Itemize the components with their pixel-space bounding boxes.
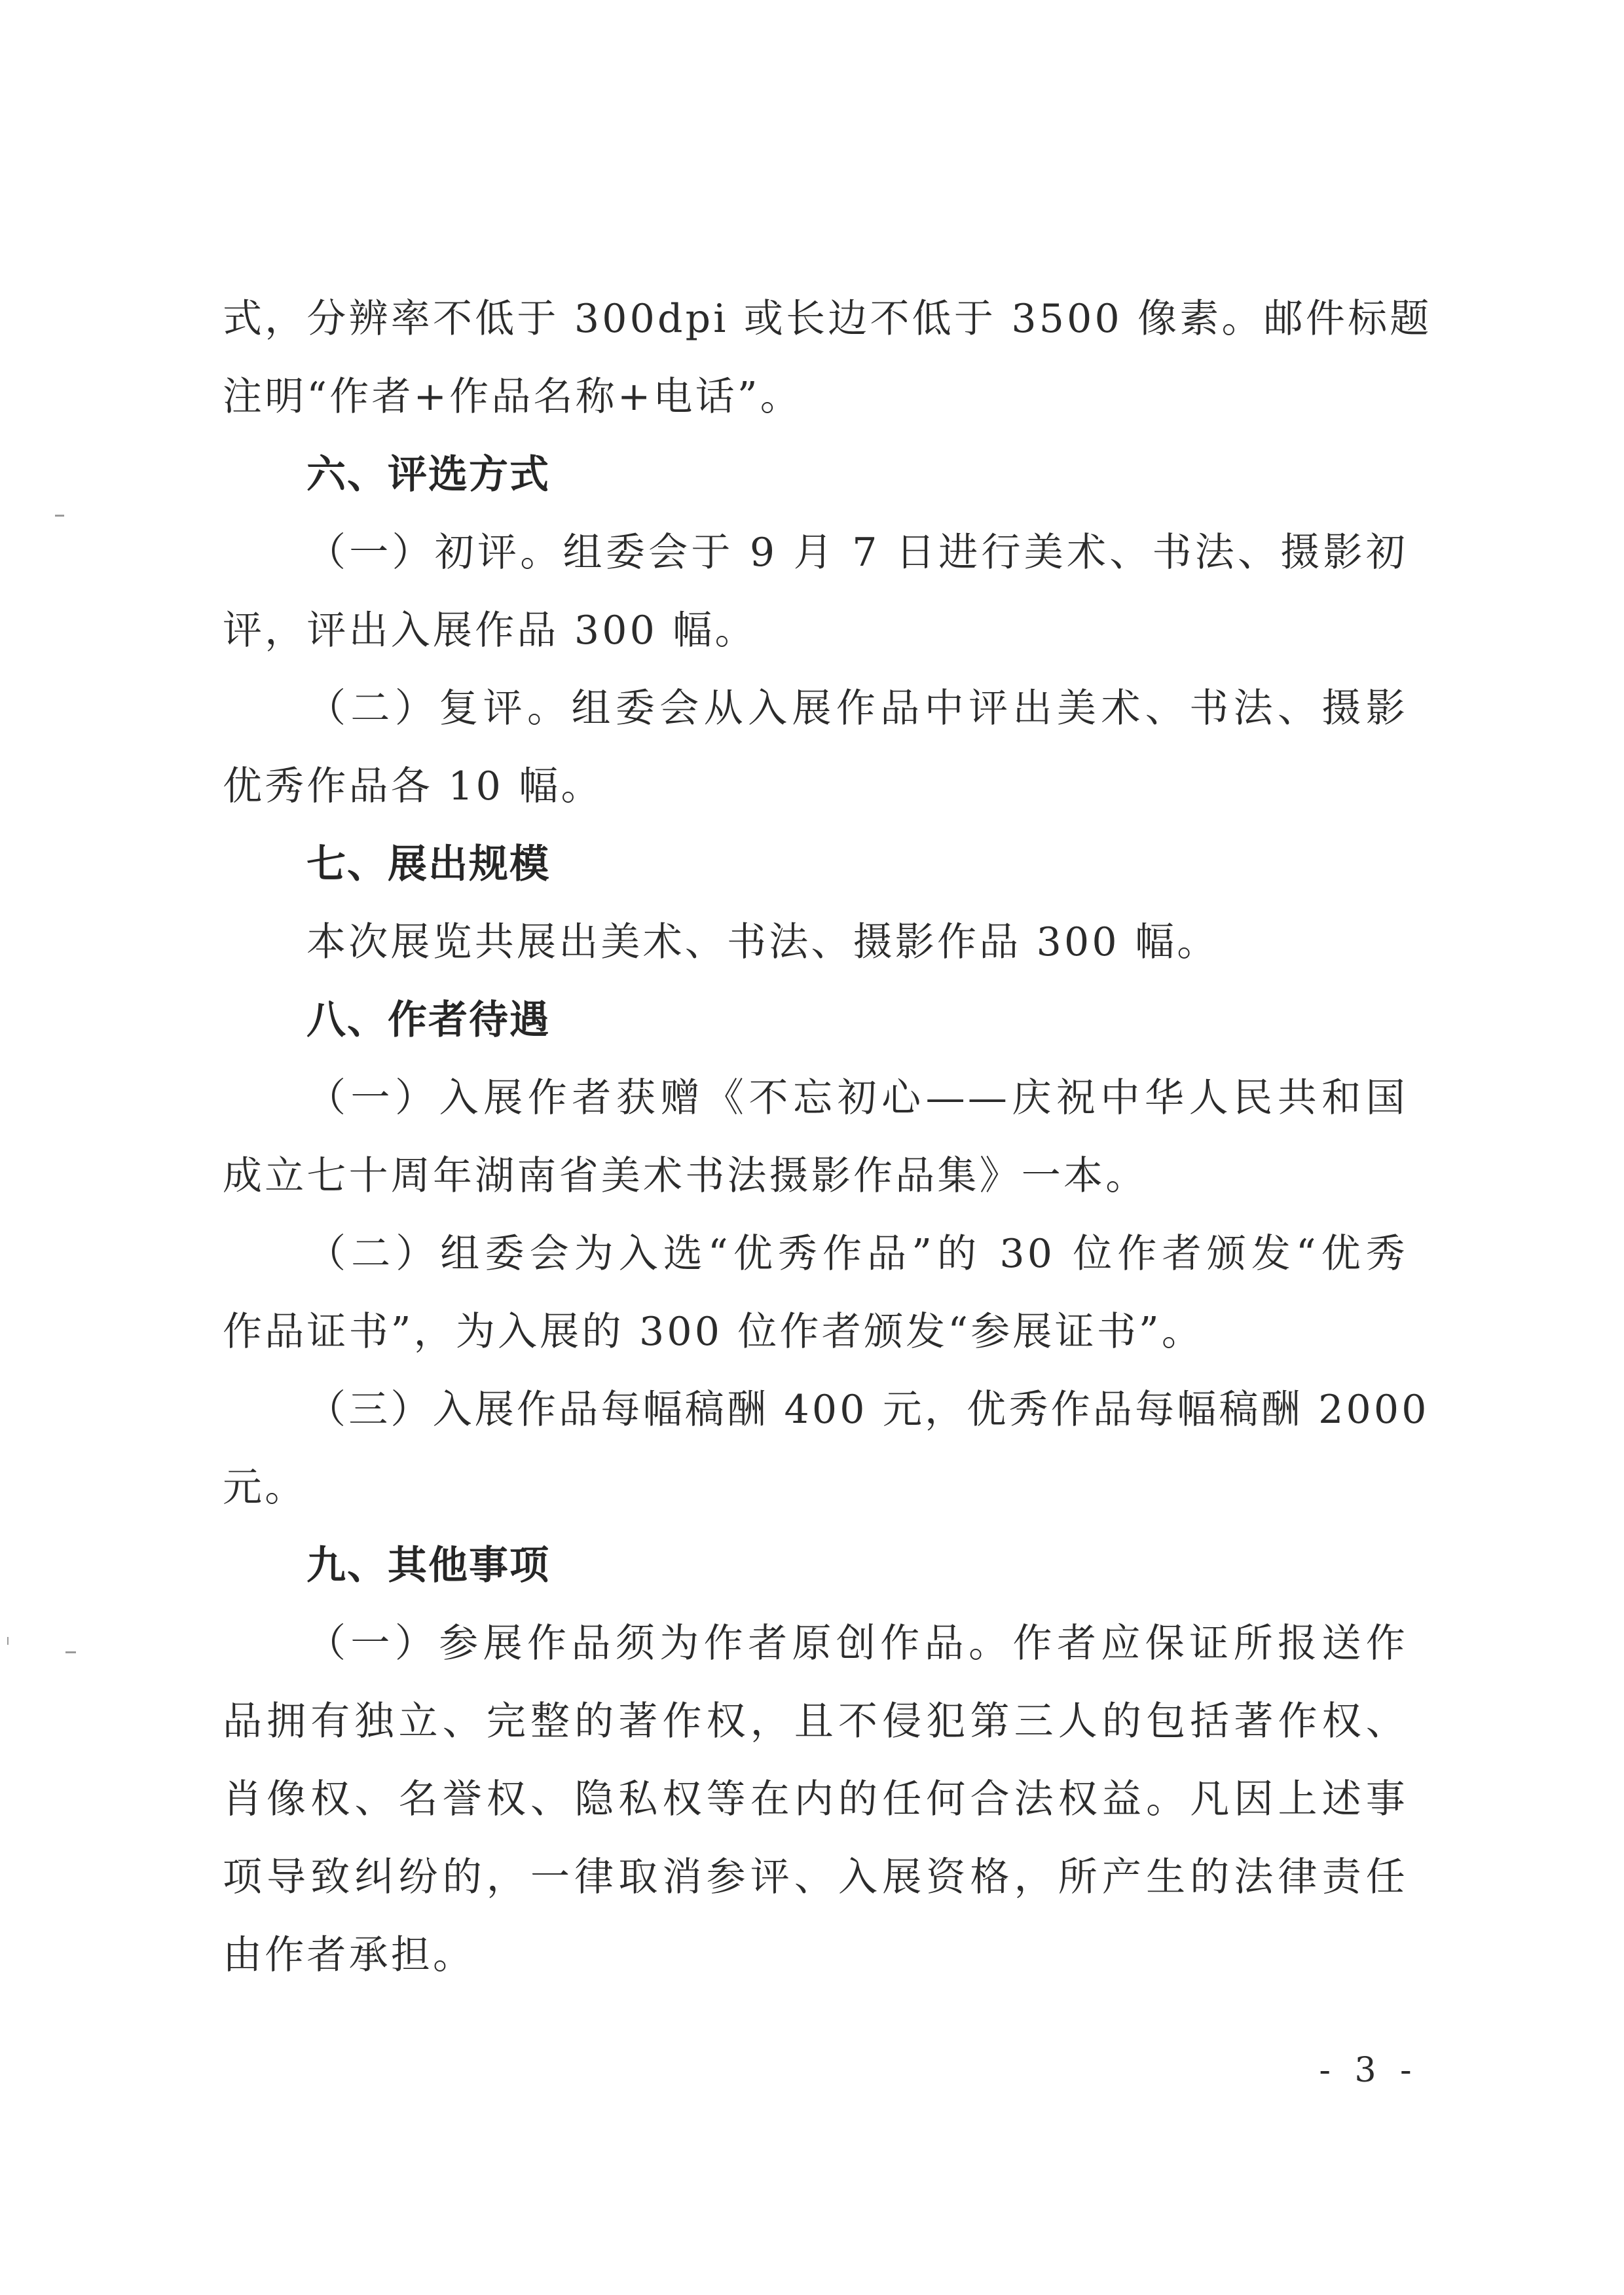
body-line: 作品证书”，为入展的 300 位作者颁发“参展证书”。 — [223, 1293, 1408, 1371]
body-line: （二）复评。组委会从入展作品中评出美术、书法、摄影 — [223, 670, 1408, 748]
body-line: 成立七十周年湖南省美术书法摄影作品集》一本。 — [223, 1137, 1408, 1215]
body-line: 由作者承担。 — [223, 1917, 1408, 1994]
body-line: 肖像权、名誉权、隐私权等在内的任何合法权益。凡因上述事 — [223, 1761, 1408, 1839]
page-number: - 3 - — [1316, 2051, 1421, 2090]
scan-artifact — [7, 1637, 9, 1645]
section-heading-seven: 七、展出规模 — [223, 826, 1408, 904]
body-line: 元。 — [223, 1449, 1408, 1527]
section-heading-eight: 八、作者待遇 — [223, 982, 1408, 1059]
body-line: 本次展览共展出美术、书法、摄影作品 300 幅。 — [223, 904, 1408, 982]
section-heading-nine: 九、其他事项 — [223, 1527, 1408, 1605]
body-line: 注明“作者+作品名称+电话”。 — [223, 358, 1408, 436]
document-body: 式，分辨率不低于 300dpi 或长边不低于 3500 像素。邮件标题 注明“作… — [223, 280, 1408, 1994]
document-page: 式，分辨率不低于 300dpi 或长边不低于 3500 像素。邮件标题 注明“作… — [0, 0, 1624, 2295]
body-line: 优秀作品各 10 幅。 — [223, 748, 1408, 826]
body-line: （一）入展作者获赠《不忘初心——庆祝中华人民共和国 — [223, 1059, 1408, 1137]
section-heading-six: 六、评选方式 — [223, 436, 1408, 514]
scan-artifact — [55, 515, 64, 517]
scan-artifact — [65, 1651, 76, 1653]
body-line: 式，分辨率不低于 300dpi 或长边不低于 3500 像素。邮件标题 — [223, 280, 1408, 358]
body-line: （一）参展作品须为作者原创作品。作者应保证所报送作 — [223, 1605, 1408, 1683]
body-line: （一）初评。组委会于 9 月 7 日进行美术、书法、摄影初 — [223, 514, 1408, 592]
body-line: （三）入展作品每幅稿酬 400 元，优秀作品每幅稿酬 2000 — [223, 1371, 1408, 1449]
body-line: （二）组委会为入选“优秀作品”的 30 位作者颁发“优秀 — [223, 1215, 1408, 1293]
body-line: 评，评出入展作品 300 幅。 — [223, 592, 1408, 670]
body-line: 项导致纠纷的，一律取消参评、入展资格，所产生的法律责任 — [223, 1839, 1408, 1917]
body-line: 品拥有独立、完整的著作权，且不侵犯第三人的包括著作权、 — [223, 1683, 1408, 1761]
